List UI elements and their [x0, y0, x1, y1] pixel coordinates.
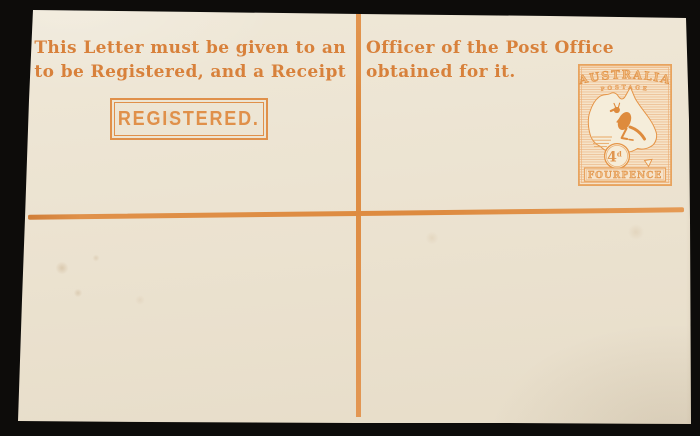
registered-box: REGISTERED.: [110, 98, 268, 140]
registered-box-inner-rule: REGISTERED.: [114, 102, 264, 136]
vertical-divider-rule: [356, 14, 361, 417]
envelope: This Letter must be given to an to be Re…: [0, 0, 700, 436]
registered-label: REGISTERED.: [118, 108, 260, 131]
postage-stamp-indicium: AUSTRALIA POSTAGE: [578, 64, 672, 186]
kangaroo-map-stamp-icon: AUSTRALIA POSTAGE: [578, 64, 672, 186]
instruction-text-left: This Letter must be given to an to be Re…: [30, 36, 346, 84]
instruction-text-right: Officer of the Post Office obtained for …: [366, 36, 614, 84]
instruction-line: Officer of the Post Office: [366, 36, 614, 60]
photo-backdrop: This Letter must be given to an to be Re…: [0, 0, 700, 436]
instruction-line: This Letter must be given to an: [30, 36, 346, 60]
stamp-value-words: FOURPENCE: [588, 171, 662, 181]
instruction-line: to be Registered, and a Receipt: [30, 60, 346, 84]
instruction-line: obtained for it.: [366, 60, 614, 84]
